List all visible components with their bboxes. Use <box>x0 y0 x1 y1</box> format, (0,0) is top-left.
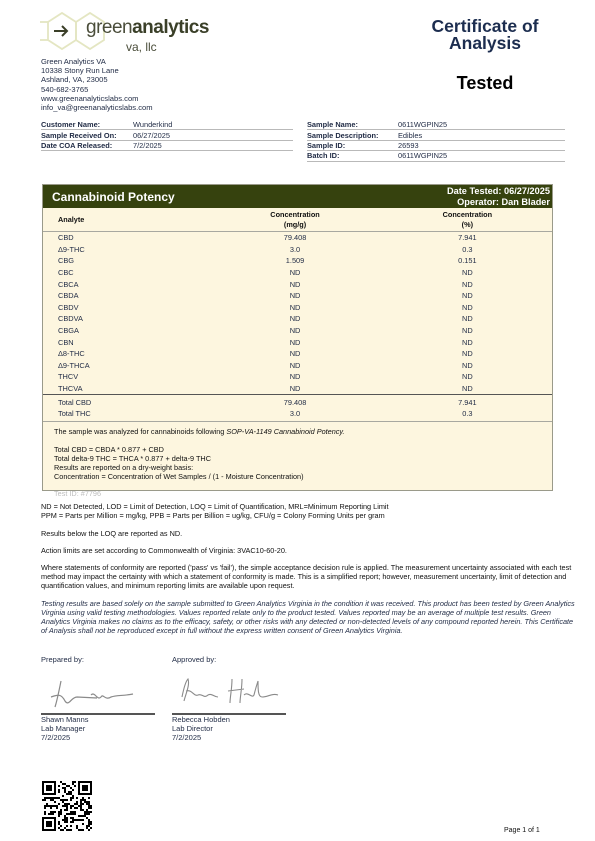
mg-cell: 3.0 <box>207 245 382 254</box>
formula-line: Total CBD = CBDA * 0.877 + CBD <box>54 445 552 454</box>
pct-cell: ND <box>383 349 552 358</box>
mg-cell: ND <box>207 314 382 323</box>
info-row: Date COA Released:7/2/2025 <box>41 141 293 151</box>
table-row: Δ9-THCANDND <box>43 360 552 372</box>
pct-cell: 0.151 <box>383 256 552 265</box>
address-line: Green Analytics VA <box>41 57 153 66</box>
table-row: CBNNDND <box>43 336 552 348</box>
mg-cell: ND <box>207 326 382 335</box>
column-mg: Concentration(mg/g) <box>207 210 382 229</box>
pct-cell: ND <box>383 372 552 381</box>
table-totals: Total CBD79.4087.941Total THC3.00.3 <box>43 394 552 421</box>
method-line: The sample was analyzed for cannabinoids… <box>54 427 552 436</box>
email-link[interactable]: info_va@greenanalyticslabs.com <box>41 103 153 112</box>
document-title: Certificate of Analysis <box>410 18 560 52</box>
website-link[interactable]: www.greenanalyticslabs.com <box>41 94 153 103</box>
pct-cell: ND <box>383 384 552 393</box>
lab-logo: greenanalytics va, llc <box>40 8 210 56</box>
signature-image <box>172 667 286 713</box>
address-line: Ashland, VA, 23005 <box>41 75 153 84</box>
analyte-cell: THCV <box>43 372 207 381</box>
formula-line: Total delta-9 THC = THCA * 0.877 + delta… <box>54 454 552 463</box>
logo-subtitle: va, llc <box>126 40 157 54</box>
info-row: Customer Name:Wunderkind <box>41 120 293 130</box>
status-label: Tested <box>410 73 560 94</box>
analyte-cell: CBDV <box>43 303 207 312</box>
page-number: Page 1 of 1 <box>504 827 540 834</box>
mg-cell: ND <box>207 361 382 370</box>
customer-info: Customer Name:Wunderkind Sample Received… <box>41 120 293 151</box>
analyte-cell: CBC <box>43 268 207 277</box>
pct-cell: ND <box>383 338 552 347</box>
column-analyte: Analyte <box>43 215 207 224</box>
pct-cell: ND <box>383 280 552 289</box>
loq-note: Results below the LOQ are reported as ND… <box>41 529 576 538</box>
logo-wordmark: greenanalytics <box>86 17 209 39</box>
info-row: Sample ID:26593 <box>307 141 565 151</box>
pct-cell: 7.941 <box>383 233 552 242</box>
operator: Operator: Dan Blader <box>447 197 550 208</box>
pct-cell: ND <box>383 326 552 335</box>
pct-cell: 0.3 <box>383 409 552 418</box>
analyte-cell: Total THC <box>43 409 207 418</box>
analyte-cell: Δ8-THC <box>43 349 207 358</box>
signature-image <box>41 667 155 713</box>
conformity-note: Where statements of conformity are repor… <box>41 563 576 590</box>
approved-by-signature: Approved by: Rebecca Hobden Lab Director… <box>172 655 286 742</box>
mg-cell: ND <box>207 268 382 277</box>
info-row: Sample Name:0611WGPIN25 <box>307 120 565 130</box>
table-row: THCVANDND <box>43 383 552 395</box>
table-row: Total CBD79.4087.941 <box>43 396 552 408</box>
analyte-cell: CBN <box>43 338 207 347</box>
pct-cell: ND <box>383 361 552 370</box>
table-row: CBCANDND <box>43 278 552 290</box>
table-row: Δ8-THCNDND <box>43 348 552 360</box>
disclaimer: Testing results are based solely on the … <box>41 599 576 635</box>
test-id: Test ID: #7796 <box>54 489 552 498</box>
analyte-cell: Total CBD <box>43 398 207 407</box>
analyte-cell: CBGA <box>43 326 207 335</box>
analyte-cell: CBG <box>43 256 207 265</box>
info-row: Sample Description:Edibles <box>307 130 565 140</box>
analyte-cell: Δ9-THCA <box>43 361 207 370</box>
method-notes: The sample was analyzed for cannabinoids… <box>43 422 552 498</box>
qr-code-icon[interactable] <box>42 781 92 831</box>
table-row: CBDVANDND <box>43 313 552 325</box>
sample-info: Sample Name:0611WGPIN25 Sample Descripti… <box>307 120 565 162</box>
table-row: CBD79.4087.941 <box>43 232 552 244</box>
action-limits-note: Action limits are set according to Commo… <box>41 546 576 555</box>
mg-cell: 79.408 <box>207 233 382 242</box>
pct-cell: 7.941 <box>383 398 552 407</box>
arrow-right-icon <box>54 26 67 36</box>
table-row: CBCNDND <box>43 267 552 279</box>
formula-line: Results are reported on a dry-weight bas… <box>54 463 552 472</box>
analyte-cell: Δ9-THC <box>43 245 207 254</box>
analyte-cell: CBD <box>43 233 207 242</box>
abbreviations: ND = Not Detected, LOD = Limit of Detect… <box>41 502 576 520</box>
mg-cell: ND <box>207 303 382 312</box>
pct-cell: ND <box>383 314 552 323</box>
signer-date: 7/2/2025 <box>172 734 286 743</box>
analyte-cell: THCVA <box>43 384 207 393</box>
mg-cell: 79.408 <box>207 398 382 407</box>
cannabinoid-potency-panel: Cannabinoid Potency Date Tested: 06/27/2… <box>42 184 553 491</box>
prepared-by-signature: Prepared by: Shawn Manns Lab Manager 7/2… <box>41 655 155 742</box>
panel-title: Cannabinoid Potency <box>52 190 175 204</box>
analyte-cell: CBDVA <box>43 314 207 323</box>
table-body: CBD79.4087.941Δ9-THC3.00.3CBG1.5090.151C… <box>43 232 552 394</box>
table-row: CBG1.5090.151 <box>43 255 552 267</box>
table-row: THCVNDND <box>43 371 552 383</box>
info-row: Batch ID:0611WGPIN25 <box>307 151 565 161</box>
analyte-cell: CBDA <box>43 291 207 300</box>
mg-cell: ND <box>207 291 382 300</box>
table-row: CBDVNDND <box>43 302 552 314</box>
mg-cell: 3.0 <box>207 409 382 418</box>
phone: 540-682-3765 <box>41 85 153 94</box>
mg-cell: ND <box>207 372 382 381</box>
signer-date: 7/2/2025 <box>41 734 155 743</box>
table-row: Total THC3.00.3 <box>43 408 552 420</box>
mg-cell: ND <box>207 280 382 289</box>
table-row: CBDANDND <box>43 290 552 302</box>
mg-cell: 1.509 <box>207 256 382 265</box>
lab-address: Green Analytics VA 10338 Stony Run Lane … <box>41 57 153 112</box>
mg-cell: ND <box>207 384 382 393</box>
pct-cell: ND <box>383 268 552 277</box>
table-header: Analyte Concentration(mg/g) Concentratio… <box>43 208 552 232</box>
formula-line: Concentration = Concentration of Wet Sam… <box>54 472 552 481</box>
pct-cell: ND <box>383 303 552 312</box>
panel-meta: Date Tested: 06/27/2025 Operator: Dan Bl… <box>447 186 550 207</box>
column-pct: Concentration(%) <box>383 210 552 229</box>
analyte-cell: CBCA <box>43 280 207 289</box>
table-row: CBGANDND <box>43 325 552 337</box>
info-row: Sample Received On:06/27/2025 <box>41 130 293 140</box>
mg-cell: ND <box>207 338 382 347</box>
address-line: 10338 Stony Run Lane <box>41 66 153 75</box>
mg-cell: ND <box>207 349 382 358</box>
table-row: Δ9-THC3.00.3 <box>43 244 552 256</box>
pct-cell: 0.3 <box>383 245 552 254</box>
pct-cell: ND <box>383 291 552 300</box>
panel-header: Cannabinoid Potency Date Tested: 06/27/2… <box>43 185 552 208</box>
date-tested: Date Tested: 06/27/2025 <box>447 186 550 197</box>
